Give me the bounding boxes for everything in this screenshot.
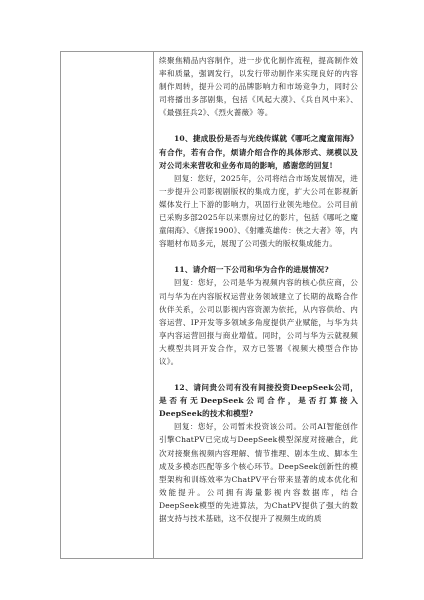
answer-12: 回复：您好，公司暂未投资该公司。公司AI智能创作引擎ChatPV已完成与Deep…: [159, 420, 358, 525]
continued-answer: 续聚焦精品内容制作，进一步优化制作流程，提高制作效率和质量，强调发行，以发行带动…: [159, 54, 358, 119]
table-right-column: 续聚焦精品内容制作，进一步优化制作流程，提高制作效率和质量，强调发行，以发行带动…: [154, 52, 362, 558]
answer-11: 回复：您好，公司是华为视频内容的核心供应商，公司与华为在内容版权运营业务领域建立…: [159, 276, 358, 368]
document-page: 续聚焦精品内容制作，进一步优化制作流程，提高制作效率和质量，强调发行，以发行带动…: [0, 0, 424, 600]
qa-table: 续聚焦精品内容制作，进一步优化制作流程，提高制作效率和质量，强调发行，以发行带动…: [60, 51, 363, 559]
question-10: 10、捷成股份是否与光线传媒就《哪吒之魔童闹海》有合作，若有合作，烦请介绍合作的…: [159, 132, 358, 171]
answer-10: 回复：您好，2025年，公司将结合市场发展情况，进一步提升公司影视剧版权的集成力…: [159, 172, 358, 251]
table-left-column: [61, 52, 154, 558]
question-11: 11、请介绍一下公司和华为合作的进展情况?: [159, 263, 358, 276]
question-12: 12、请问贵公司有没有间接投资DeepSeek公司，是否有无DeepSeek公司…: [159, 381, 358, 420]
